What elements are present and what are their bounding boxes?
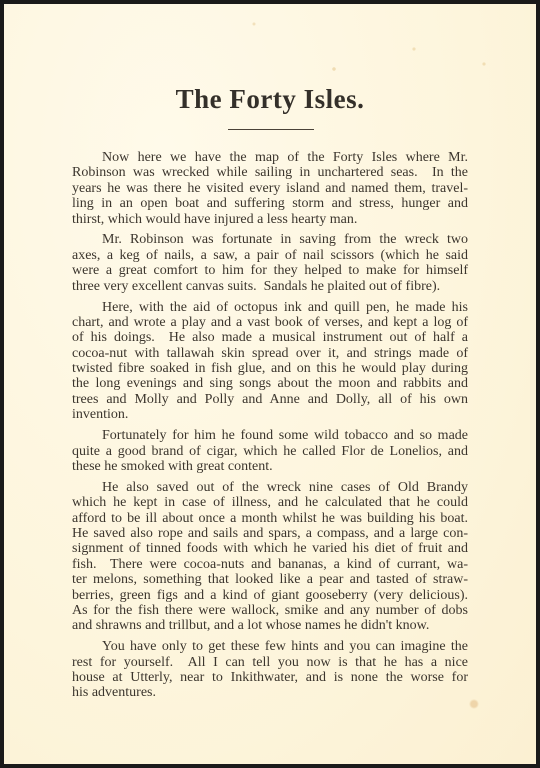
text-line: twisted fibre soaked in fish glue, and o…	[72, 361, 468, 376]
text-line: axes, a keg of nails, a saw, a pair of n…	[72, 248, 468, 263]
text-line: quite a good brand of cigar, which he ca…	[72, 444, 468, 459]
text-line: of his doings. He also made a musical in…	[72, 330, 468, 345]
paragraph: Fortunately for him he found some wild t…	[72, 428, 468, 474]
title-divider	[228, 129, 314, 130]
text-line: afford to be ill about once a month whil…	[72, 511, 468, 526]
text-line: You have only to get these few hints and…	[72, 639, 468, 654]
text-line: berries, green figs and a kind of giant …	[72, 588, 468, 603]
text-line: As for the fish there were wallock, smik…	[72, 603, 468, 618]
text-line: cocoa-nut with tallawah skin spread over…	[72, 346, 468, 361]
paragraph: Now here we have the map of the Forty Is…	[72, 150, 468, 227]
text-line: years he was there he visited every isla…	[72, 181, 468, 196]
text-line: Robinson was wrecked while sailing in un…	[72, 165, 468, 180]
text-line: Mr. Robinson was fortunate in saving fro…	[72, 232, 468, 247]
text-line: ter melons, something that looked like a…	[72, 572, 468, 587]
text-line: invention.	[72, 407, 468, 422]
text-line: house at Utterly, near to Inkithwater, a…	[72, 670, 468, 685]
text-line: these he smoked with great content.	[72, 459, 468, 474]
document-page: The Forty Isles. Now here we have the ma…	[4, 4, 536, 764]
page-title: The Forty Isles.	[0, 84, 540, 115]
text-line: three very excellent canvas suits. Sanda…	[72, 279, 468, 294]
text-line: and shrawns and trillbut, and a lot whos…	[72, 618, 468, 633]
text-line: fish. There were cocoa-nuts and bananas,…	[72, 557, 468, 572]
text-line: Fortunately for him he found some wild t…	[72, 428, 468, 443]
text-line: rest for yourself. All I can tell you no…	[72, 655, 468, 670]
text-line: ling in an open boat and suffering storm…	[72, 196, 468, 211]
text-line: Here, with the aid of octopus ink and qu…	[72, 300, 468, 315]
paragraph: He also saved out of the wreck nine case…	[72, 480, 468, 634]
text-line: signment of tinned foods with which he v…	[72, 541, 468, 556]
paragraph: Mr. Robinson was fortunate in saving fro…	[72, 232, 468, 294]
text-line: He also saved out of the wreck nine case…	[72, 480, 468, 495]
text-line: which he kept in case of illness, and he…	[72, 495, 468, 510]
text-line: the long evenings and sing songs about t…	[72, 376, 468, 391]
document-body: Now here we have the map of the Forty Is…	[72, 150, 468, 706]
text-line: his adventures.	[72, 685, 468, 700]
text-line: chart, and wrote a play and a vast book …	[72, 315, 468, 330]
text-line: thirst, which would have injured a less …	[72, 212, 468, 227]
paragraph: You have only to get these few hints and…	[72, 639, 468, 701]
paragraph: Here, with the aid of octopus ink and qu…	[72, 300, 468, 423]
text-line: were a great comfort to him for they hel…	[72, 263, 468, 278]
text-line: He saved also rope and sails and spars, …	[72, 526, 468, 541]
text-line: Now here we have the map of the Forty Is…	[72, 150, 468, 165]
text-line: trees and Molly and Polly and Anne and D…	[72, 392, 468, 407]
